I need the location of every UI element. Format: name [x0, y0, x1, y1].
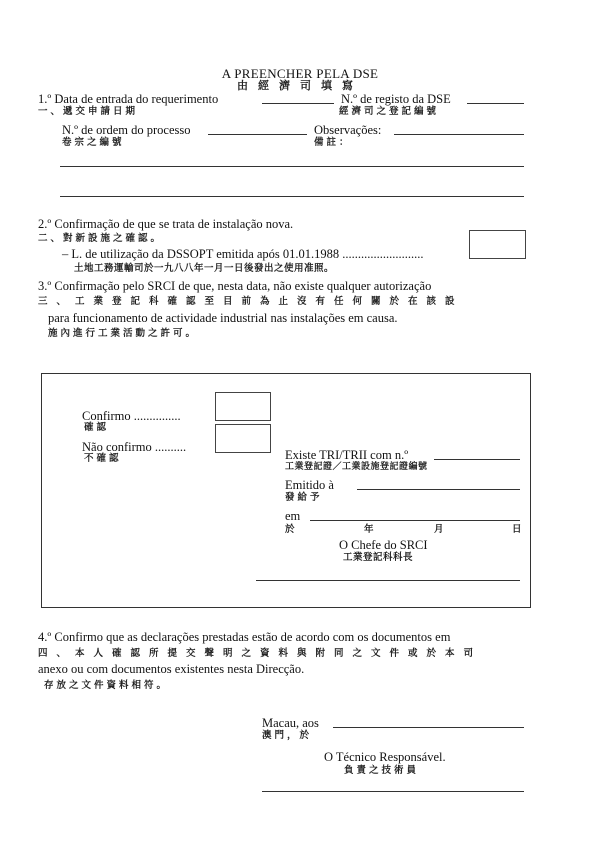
observations-line-2[interactable] — [60, 196, 524, 197]
technician-title-zh: 負責之技術員 — [344, 765, 419, 776]
form-title-zh: 由經濟司填寫 — [0, 80, 600, 91]
not-confirm-label: Não confirmo .......... — [82, 440, 186, 454]
srci-chief-title-zh: 工業登記科科長 — [343, 552, 413, 563]
not-confirm-checkbox[interactable] — [215, 424, 271, 453]
tri-number-label-zh: 工業登記證／工業設施登記證編號 — [285, 462, 428, 473]
observations-label-zh: 備註： — [314, 137, 352, 148]
section3-line2: para funcionamento de actividade industr… — [48, 311, 398, 325]
place-date-label-zh: 澳門，於 — [262, 730, 312, 741]
observations-line-1[interactable] — [60, 166, 524, 167]
srci-chief-signature-line[interactable] — [256, 580, 520, 581]
section4-line1-zh: 四、本人確認所提交聲明之資料與附同之文件或於本司 — [38, 648, 482, 659]
confirm-label-zh: 確認 — [84, 422, 109, 433]
section4-line2: anexo ou com documentos existentes nesta… — [38, 662, 304, 676]
issued-to-field[interactable] — [357, 489, 520, 490]
process-no-field[interactable] — [208, 134, 307, 135]
entry-date-label: 1.º Data de entrada do requerimento — [38, 92, 218, 106]
dssopt-license-item-zh: 土地工務運輸司於一九八八年一月一日後發出之使用准照。 — [74, 263, 334, 274]
entry-date-label-zh: 一、遞交申請日期 — [38, 106, 138, 117]
issued-to-label-zh: 發給予 — [285, 492, 323, 503]
process-no-label: N.º de ordem do processo — [62, 123, 191, 137]
section4-line2-zh: 存放之文件資料相符。 — [44, 680, 169, 691]
section2-heading: 2.º Confirmação de que se trata de insta… — [38, 217, 293, 231]
date-month-zh: 月 — [434, 524, 447, 535]
process-no-label-zh: 卷宗之編號 — [62, 137, 125, 148]
date-at-zh: 於 — [285, 524, 298, 535]
not-confirm-label-zh: 不確認 — [84, 453, 122, 464]
dssopt-license-checkbox[interactable] — [469, 230, 526, 259]
date-day-zh: 日 — [512, 524, 525, 535]
confirm-checkbox[interactable] — [215, 392, 271, 421]
registry-no-field[interactable] — [467, 103, 524, 104]
tri-number-label: Existe TRI/TRII com n.º — [285, 448, 408, 462]
srci-chief-title: O Chefe do SRCI — [339, 538, 428, 552]
dssopt-license-item: – L. de utilização da DSSOPT emitida apó… — [62, 247, 424, 261]
date-field[interactable] — [310, 520, 520, 521]
date-year-zh: 年 — [364, 524, 377, 535]
place-date-field[interactable] — [333, 727, 524, 728]
technician-signature-line[interactable] — [262, 791, 524, 792]
registry-no-label-zh: 經濟司之登記編號 — [339, 106, 439, 117]
section3-line1-zh: 三、工業登記科確認至目前為止沒有任何關於在該設 — [38, 296, 464, 307]
registry-no-label: N.º de registo da DSE — [341, 92, 451, 106]
place-date-label: Macau, aos — [262, 716, 319, 730]
section2-heading-zh: 二、對新設施之確認。 — [38, 233, 163, 244]
entry-date-field[interactable] — [262, 103, 334, 104]
observations-field[interactable] — [394, 134, 524, 135]
section4-line1: 4.º Confirmo que as declarações prestada… — [38, 630, 450, 644]
confirm-label: Confirmo ............... — [82, 409, 181, 423]
tri-number-field[interactable] — [434, 459, 520, 460]
section3-line2-zh: 施內進行工業活動之許可。 — [48, 328, 198, 339]
issued-to-label: Emitido à — [285, 478, 334, 492]
date-label: em — [285, 509, 300, 523]
section3-line1: 3.º Confirmação pelo SRCI de que, nesta … — [38, 279, 431, 293]
technician-title: O Técnico Responsável. — [324, 750, 446, 764]
observations-label: Observações: — [314, 123, 381, 137]
